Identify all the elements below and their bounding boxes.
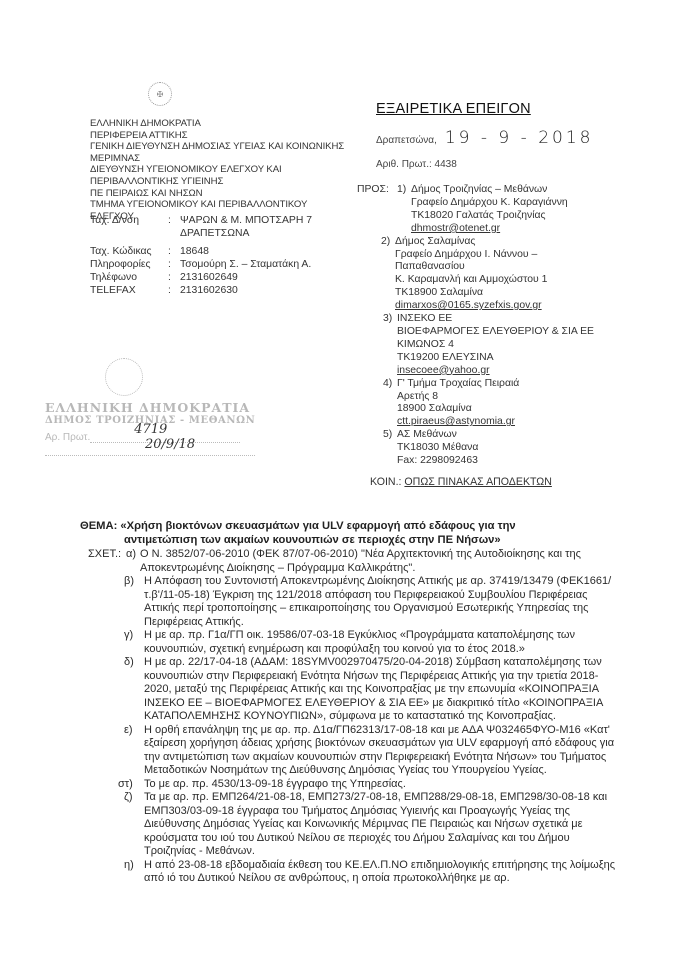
recipient-1: ΠΡΟΣ: 1) Δήμος Τροιζηνίας – Μεθάνων Γραφ…	[357, 184, 607, 236]
reference-text: Ο Ν. 3852/07-06-2010 (ΦΕΚ 87/07-06-2010)…	[140, 548, 618, 575]
stamp-dotted-line: 20/9/18	[45, 445, 255, 456]
subject-line-1: ΘΕΜΑ: «Χρήση βιοκτόνων σκευασμάτων για U…	[80, 519, 620, 533]
recipient-line: Γραφείο Δημάρχου Κ. Καραγιάννη	[411, 197, 568, 210]
reference-item: η) Η από 23-08-18 εβδομαδιαία έκθεση του…	[88, 859, 618, 886]
recipient-num: 3)	[383, 313, 397, 378]
date-line: Δραπετσώνα, 19 - 9 - 2018	[376, 128, 593, 148]
contact-value: Τσομούρη Σ. – Σταματάκη Α.	[180, 258, 311, 271]
recipient-line: Fax: 2298092463	[397, 455, 478, 468]
reference-item: β) Η Απόφαση του Συντονιστή Αποκεντρωμέν…	[88, 575, 618, 629]
reference-text: Η με αρ. 22/17-04-18 (ΑΔΑΜ: 18SYMV002970…	[144, 656, 618, 724]
reference-mark: γ)	[124, 629, 144, 656]
reference-item: ΣΧΕΤ.: α) Ο Ν. 3852/07-06-2010 (ΦΕΚ 87/0…	[88, 548, 618, 575]
recipient-line: Παπαθανασίου	[395, 261, 547, 274]
recipient-line: ΤΚ18030 Μέθανα	[397, 442, 478, 455]
contact-value: 2131602649	[180, 271, 238, 284]
reference-mark: ε)	[124, 724, 144, 778]
reference-item: στ) Το με αρ. πρ. 4530/13-09-18 έγγραφο …	[88, 778, 618, 792]
contact-row: Πληροφορίες: Τσομούρη Σ. – Σταματάκη Α.	[90, 258, 360, 271]
recipient-line: ΑΣ Μεθάνων	[397, 429, 478, 442]
seal-icon	[105, 358, 143, 396]
sender-line: ΠΕ ΠΕΙΡΑΙΩΣ ΚΑΙ ΝΗΣΩΝ	[90, 188, 360, 200]
contact-row: ΔΡΑΠΕΤΣΩΝΑ	[90, 227, 360, 240]
sender-line: ΕΛΛΗΝΙΚΗ ΔΗΜΟΚΡΑΤΙΑ	[90, 118, 360, 130]
recipient-line: Γ' Τμήμα Τροχαίας Πειραιά	[397, 378, 519, 391]
incoming-stamp: ΕΛΛΗΝΙΚΗ ΔΗΜΟΚΡΑΤΙΑ ΔΗΜΟΣ ΤΡΟΙΖΗΝΙΑΣ - Μ…	[45, 358, 265, 456]
contact-value: ΔΡΑΠΕΤΣΩΝΑ	[180, 227, 249, 240]
stamp-date: 20/9/18	[145, 437, 195, 452]
stamp-protocol-label: Αρ. Πρωτ.	[45, 432, 90, 443]
contact-label: Ταχ. Δ/νση	[90, 214, 168, 227]
sender-line: ΠΕΡΙΦΕΡΕΙΑ ΑΤΤΙΚΗΣ	[90, 130, 360, 142]
reference-item: γ) Η με αρ. πρ. Γ1α/ΓΠ οικ. 19586/07-03-…	[88, 629, 618, 656]
contact-row: Ταχ. Κώδικας: 18648	[90, 245, 360, 258]
recipient-num: 5)	[383, 429, 397, 468]
recipient-num: 4)	[383, 378, 397, 430]
subject-block: ΘΕΜΑ: «Χρήση βιοκτόνων σκευασμάτων για U…	[80, 519, 620, 547]
recipient-line: ΚΙΜΩΝΟΣ 4	[397, 339, 594, 352]
recipient-line: Αρετής 8	[397, 391, 519, 404]
reference-mark: η)	[124, 859, 144, 886]
reference-text: Το με αρ. πρ. 4530/13-09-18 έγγραφο της …	[144, 778, 618, 792]
sender-line: ΔΙΕΥΘΥΝΣΗ ΥΓΕΙΟΝΟΜΙΚΟΥ ΕΛΕΓΧΟΥ ΚΑΙ	[90, 164, 360, 176]
reference-item: δ) Η με αρ. 22/17-04-18 (ΑΔΑΜ: 18SYMV002…	[88, 656, 618, 724]
contact-label	[90, 227, 168, 240]
recipient-email-link[interactable]: ctt.piraeus@astynomia.gr	[397, 416, 519, 429]
subject-text: «Χρήση βιοκτόνων σκευασμάτων για ULV εφα…	[120, 520, 515, 532]
contact-label: Πληροφορίες	[90, 258, 168, 271]
reference-item: ζ) Τα με αρ. πρ. ΕΜΠ264/21-08-18, ΕΜΠ273…	[88, 791, 618, 859]
cc-value: ΟΠΩΣ ΠΙΝΑΚΑΣ ΑΠΟΔΕΚΤΩΝ	[404, 476, 551, 488]
handwritten-date: 19 - 9 - 2018	[445, 128, 594, 148]
recipient-3: 3) ΙΝΣΕΚΟ ΕΕ ΒΙΟΕΦΑΡΜΟΓΕΣ ΕΛΕΥΘΕΡΙΟΥ & Σ…	[383, 313, 607, 378]
references-block: ΣΧΕΤ.: α) Ο Ν. 3852/07-06-2010 (ΦΕΚ 87/0…	[88, 548, 618, 886]
recipient-num: 1)	[397, 184, 411, 236]
reference-mark: α)	[126, 548, 140, 575]
urgency-label: ΕΞΑΙΡΕΤΙΚΑ ΕΠΕΙΓΟΝ	[376, 101, 531, 117]
contact-row: Τηλέφωνο: 2131602649	[90, 271, 360, 284]
recipient-email-link[interactable]: dimarxos@0165.syzefxis.gov.gr	[395, 300, 547, 313]
reference-text: Τα με αρ. πρ. ΕΜΠ264/21-08-18, ΕΜΠ273/27…	[144, 791, 618, 859]
recipient-line: ΤΚ18900 Σαλαμίνα	[395, 287, 547, 300]
reference-mark: δ)	[124, 656, 144, 724]
greek-coat-of-arms-icon: ✠	[148, 82, 172, 106]
contact-value: 18648	[180, 245, 209, 258]
reference-text: Η ορθή επανάληψη της με αρ. πρ. Δ1α/ΓΠ62…	[144, 724, 618, 778]
recipient-line: Δήμος Τροιζηνίας – Μεθάνων	[411, 184, 568, 197]
reference-text: Η Απόφαση του Συντονιστή Αποκεντρωμένης …	[144, 575, 618, 629]
contact-value: 2131602630	[180, 284, 238, 297]
contact-row: TELEFAX: 2131602630	[90, 284, 360, 297]
contact-label: TELEFAX	[90, 284, 168, 297]
stamp-protocol-number: 4719	[134, 422, 167, 437]
contact-label: Τηλέφωνο	[90, 271, 168, 284]
subject-text: αντιμετώπιση των ακμαίων κουνουπιών σε π…	[80, 533, 620, 547]
recipient-line: 18900 Σαλαμίνα	[397, 403, 519, 416]
recipient-line: Κ. Καραμανλή και Αμμοχώστου 1	[395, 274, 547, 287]
sender-line: ΠΕΡΙΒΑΛΛΟΝΤΙΚΗΣ ΥΓΙΕΙΝΗΣ	[90, 176, 360, 188]
recipients-block: ΠΡΟΣ: 1) Δήμος Τροιζηνίας – Μεθάνων Γραφ…	[357, 184, 607, 468]
sender-header: ΕΛΛΗΝΙΚΗ ΔΗΜΟΚΡΑΤΙΑ ΠΕΡΙΦΕΡΕΙΑ ΑΤΤΙΚΗΣ Γ…	[90, 118, 360, 222]
sender-line: ΜΕΡΙΜΝΑΣ	[90, 153, 360, 165]
protocol-number: Αριθ. Πρωτ.: 4438	[376, 159, 457, 170]
contact-value: ΨΑΡΩΝ & Μ. ΜΠΟΤΣΑΡΗ 7	[180, 214, 312, 227]
reference-mark: ζ)	[124, 791, 144, 859]
recipient-line: ΤΚ18020 Γαλατάς Τροιζηνίας	[411, 210, 568, 223]
recipient-num: 2)	[381, 236, 395, 313]
sender-line: ΤΜΗΜΑ ΥΓΕΙΟΝΟΜΙΚΟΥ ΚΑΙ ΠΕΡΙΒΑΛΛΟΝΤΙΚΟΥ	[90, 199, 360, 211]
sender-contact: Ταχ. Δ/νση: ΨΑΡΩΝ & Μ. ΜΠΟΤΣΑΡΗ 7 ΔΡΑΠΕΤ…	[90, 214, 360, 297]
recipient-line: Δήμος Σαλαμίνας	[395, 236, 547, 249]
stamp-date-row: 20/9/18	[45, 445, 265, 456]
recipient-line: Γραφείο Δημάρχου Ι. Νάννου –	[395, 249, 547, 262]
contact-row: Ταχ. Δ/νση: ΨΑΡΩΝ & Μ. ΜΠΟΤΣΑΡΗ 7	[90, 214, 360, 227]
subject-label: ΘΕΜΑ:	[80, 520, 117, 532]
cc-line: ΚΟΙΝ.: ΟΠΩΣ ΠΙΝΑΚΑΣ ΑΠΟΔΕΚΤΩΝ	[370, 476, 552, 488]
reference-mark: β)	[124, 575, 144, 629]
recipient-line: ΒΙΟΕΦΑΡΜΟΓΕΣ ΕΛΕΥΘΕΡΙΟΥ & ΣΙΑ ΕΕ	[397, 326, 594, 339]
recipient-line: ΤΚ19200 ΕΛΕΥΣΙΝΑ	[397, 352, 594, 365]
recipient-5: 5) ΑΣ Μεθάνων ΤΚ18030 Μέθανα Fax: 229809…	[383, 429, 607, 468]
cc-label: ΚΟΙΝ.:	[370, 476, 401, 488]
to-label: ΠΡΟΣ:	[357, 184, 397, 236]
recipient-2: 2) Δήμος Σαλαμίνας Γραφείο Δημάρχου Ι. Ν…	[381, 236, 607, 313]
reference-text: Η από 23-08-18 εβδομαδιαία έκθεση του ΚΕ…	[144, 859, 618, 886]
reference-item: ε) Η ορθή επανάληψη της με αρ. πρ. Δ1α/Γ…	[88, 724, 618, 778]
reference-mark: στ)	[118, 778, 144, 792]
stamp-line-1: ΕΛΛΗΝΙΚΗ ΔΗΜΟΚΡΑΤΙΑ	[45, 400, 265, 415]
contact-label: Ταχ. Κώδικας	[90, 245, 168, 258]
references-label: ΣΧΕΤ.:	[88, 548, 126, 575]
recipient-4: 4) Γ' Τμήμα Τροχαίας Πειραιά Αρετής 8 18…	[383, 378, 607, 430]
sender-line: ΓΕΝΙΚΗ ΔΙΕΥΘΥΝΣΗ ΔΗΜΟΣΙΑΣ ΥΓΕΙΑΣ ΚΑΙ ΚΟΙ…	[90, 141, 360, 153]
recipient-line: ΙΝΣΕΚΟ ΕΕ	[397, 313, 594, 326]
place-label: Δραπετσώνα,	[376, 135, 437, 146]
recipient-email-link[interactable]: dhmostr@otenet.gr	[411, 223, 568, 236]
reference-text: Η με αρ. πρ. Γ1α/ΓΠ οικ. 19586/07-03-18 …	[144, 629, 618, 656]
recipient-email-link[interactable]: insecoee@yahoo.gr	[397, 365, 594, 378]
